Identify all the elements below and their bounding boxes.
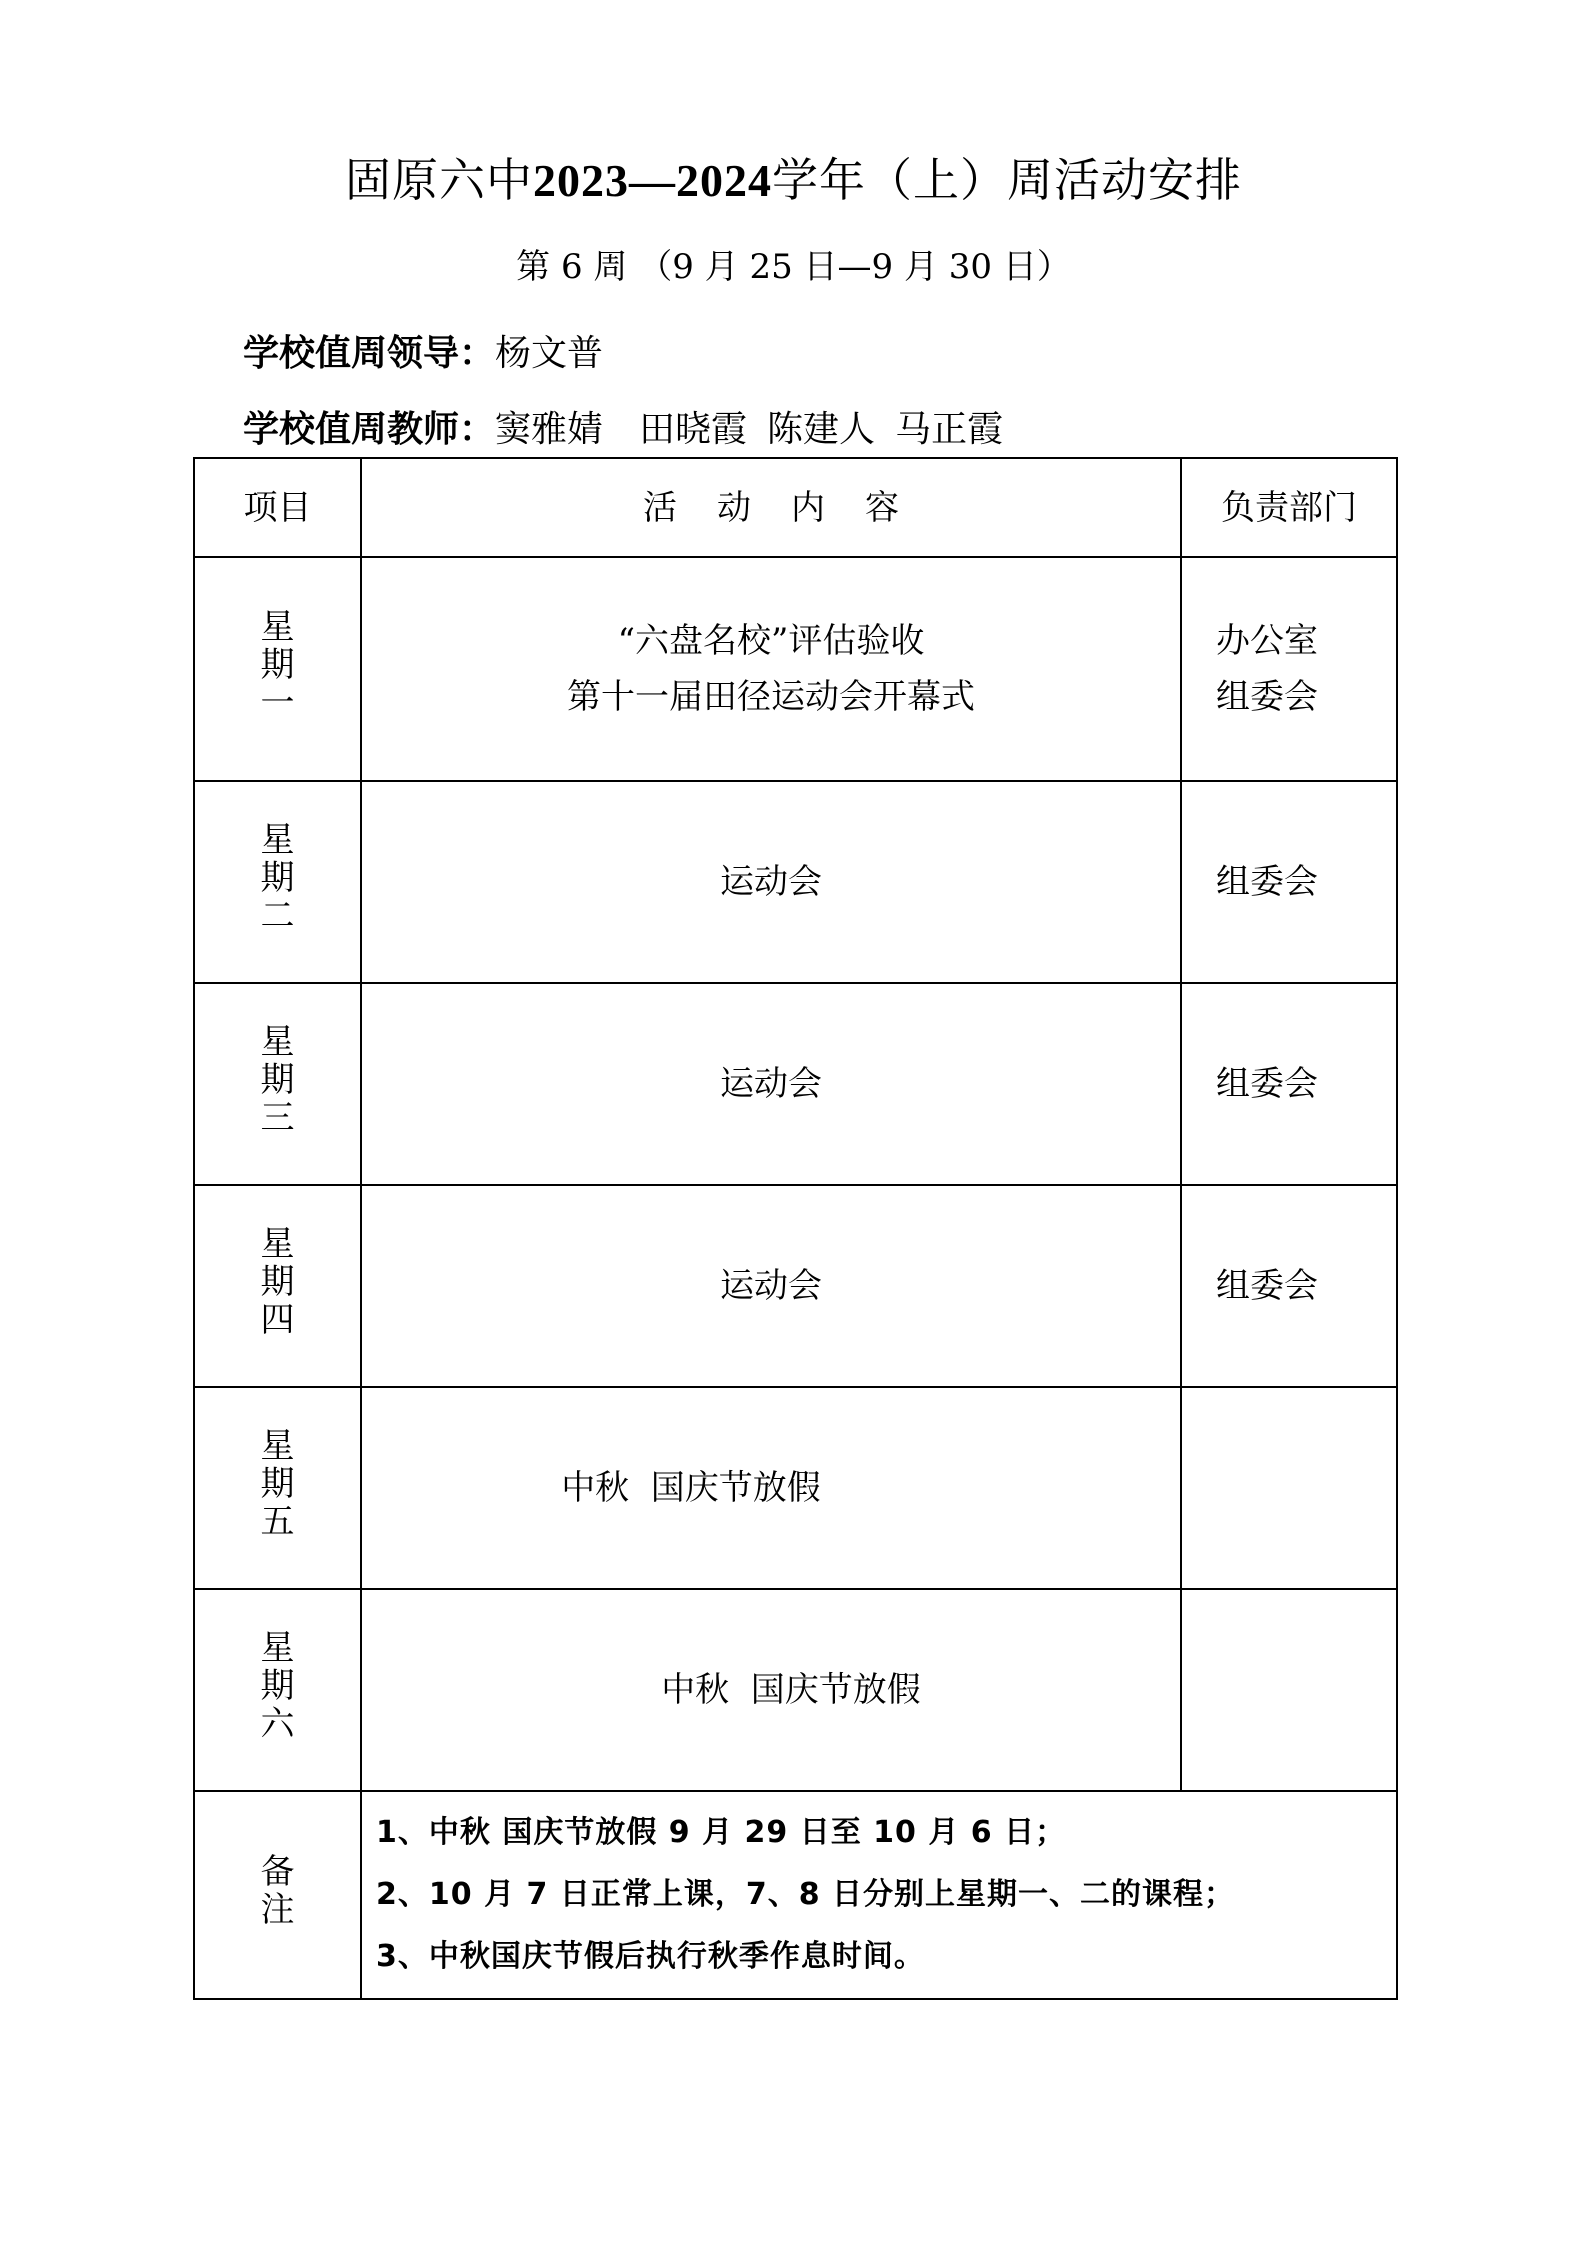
dept-cell: [1181, 1589, 1397, 1791]
note-line: 2、10 月 7 日正常上课，7、8 日分别上星期一、二的课程；: [376, 1864, 1396, 1926]
day-cell: 星期四: [194, 1185, 361, 1387]
duty-teachers-label: 学校值周教师：: [243, 408, 495, 450]
day-cell: 星期三: [194, 983, 361, 1185]
table-row: 星期一 “六盘名校”评估验收 第十一届田径运动会开幕式 办公室 组委会: [194, 557, 1397, 781]
duty-leader-line: 学校值周领导：杨文普: [243, 330, 603, 377]
day-cell: 星期一: [194, 557, 361, 781]
dept-cell: 组委会: [1181, 1185, 1397, 1387]
content-line: 第十一届田径运动会开幕式: [362, 669, 1180, 725]
content-cell: 运动会: [361, 781, 1181, 983]
note-line: 3、中秋国庆节假后执行秋季作息时间。: [376, 1926, 1396, 1988]
note-line: 1、中秋 国庆节放假 9 月 29 日至 10 月 6 日；: [376, 1802, 1396, 1864]
header-item: 项目: [194, 458, 361, 557]
table-header-row: 项目 活动内容 负责部门: [194, 458, 1397, 557]
table-row: 星期二 运动会 组委会: [194, 781, 1397, 983]
dept-cell: 办公室 组委会: [1181, 557, 1397, 781]
duty-leader-name: 杨文普: [495, 333, 603, 374]
duty-leader-label: 学校值周领导：: [243, 332, 495, 374]
content-cell: 运动会: [361, 983, 1181, 1185]
schedule-table: 项目 活动内容 负责部门 星期一 “六盘名校”评估验收 第十一届田径运动会开幕式…: [193, 457, 1398, 2000]
table-row: 星期四 运动会 组委会: [194, 1185, 1397, 1387]
content-line: “六盘名校”评估验收: [362, 613, 1180, 669]
notes-label-cell: 备注: [194, 1791, 361, 1999]
duty-teachers-line: 学校值周教师：窦雅婧田晓霞陈建人马正霞: [243, 406, 1003, 453]
duty-teacher: 马正霞: [895, 409, 1003, 450]
dept-line: 办公室: [1216, 613, 1396, 669]
content-cell: 中秋 国庆节放假: [361, 1589, 1181, 1791]
title-school: 固原六中: [345, 153, 533, 207]
header-dept: 负责部门: [1181, 458, 1397, 557]
table-row: 星期三 运动会 组委会: [194, 983, 1397, 1185]
title-years: 2023—2024: [533, 155, 772, 206]
dept-cell: 组委会: [1181, 781, 1397, 983]
dept-line: 组委会: [1216, 669, 1396, 725]
table-row: 星期六 中秋 国庆节放假: [194, 1589, 1397, 1791]
day-cell: 星期六: [194, 1589, 361, 1791]
duty-teacher: 陈建人: [767, 409, 875, 450]
page-title: 固原六中2023—2024学年（上）周活动安排: [0, 150, 1587, 211]
day-cell: 星期五: [194, 1387, 361, 1589]
week-subtitle: 第 6 周 （9 月 25 日—9 月 30 日）: [0, 245, 1587, 289]
notes-row: 备注 1、中秋 国庆节放假 9 月 29 日至 10 月 6 日； 2、10 月…: [194, 1791, 1397, 1999]
dept-cell: [1181, 1387, 1397, 1589]
notes-cell: 1、中秋 国庆节放假 9 月 29 日至 10 月 6 日； 2、10 月 7 …: [361, 1791, 1397, 1999]
table-row: 星期五 中秋 国庆节放假: [194, 1387, 1397, 1589]
content-cell: “六盘名校”评估验收 第十一届田径运动会开幕式: [361, 557, 1181, 781]
duty-teacher: 窦雅婧: [495, 409, 603, 450]
content-cell: 中秋 国庆节放假: [361, 1387, 1181, 1589]
duty-teacher: 田晓霞: [639, 409, 747, 450]
day-cell: 星期二: [194, 781, 361, 983]
title-suffix: 学年（上）周活动安排: [772, 153, 1242, 207]
content-cell: 运动会: [361, 1185, 1181, 1387]
dept-cell: 组委会: [1181, 983, 1397, 1185]
header-content: 活动内容: [361, 458, 1181, 557]
